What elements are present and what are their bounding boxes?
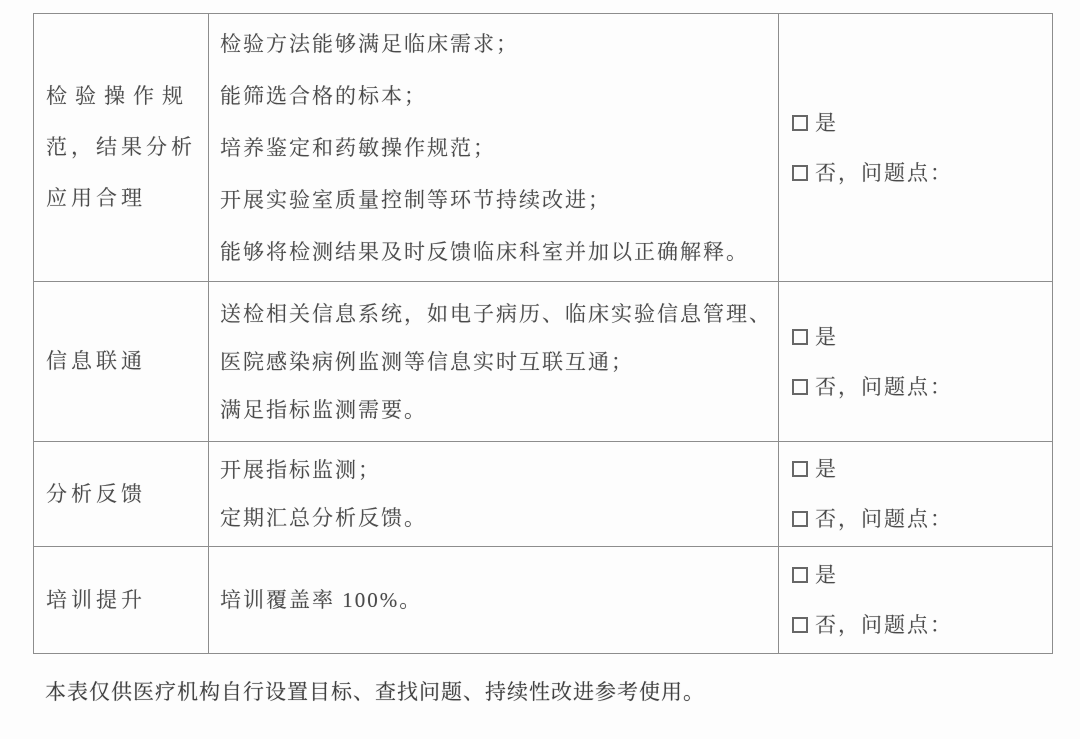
criteria-line: 满足指标监测需要。 xyxy=(220,386,770,434)
criteria-line: 检验方法能够满足临床需求； xyxy=(220,18,770,70)
criteria-cell: 开展指标监测； 定期汇总分析反馈。 xyxy=(209,442,779,547)
category-cell: 信息联通 xyxy=(34,282,209,442)
criteria-line: 送检相关信息系统，如电子病历、临床实验信息管理、 xyxy=(220,290,770,338)
category-line: 培训提升 xyxy=(46,575,202,626)
options-cell: 是 否，问题点： xyxy=(779,547,1053,654)
criteria-line: 开展指标监测； xyxy=(220,446,770,494)
category-line: 信息联通 xyxy=(46,336,202,387)
category-cell: 检验操作规 范，结果分析 应用合理 xyxy=(34,14,209,282)
category-line: 应用合理 xyxy=(46,173,202,224)
yes-checkbox[interactable] xyxy=(792,461,808,477)
yes-option-label: 是 xyxy=(815,111,838,135)
row-analysis-feedback: 分析反馈 开展指标监测； 定期汇总分析反馈。 是 否，问题点： xyxy=(34,442,1053,547)
no-checkbox[interactable] xyxy=(792,511,808,527)
category-line: 分析反馈 xyxy=(46,469,202,520)
no-option-label: 否，问题点： xyxy=(815,375,953,399)
criteria-cell: 检验方法能够满足临床需求； 能筛选合格的标本； 培养鉴定和药敏操作规范； 开展实… xyxy=(209,14,779,282)
yes-option-label: 是 xyxy=(815,457,838,481)
criteria-line: 培训覆盖率 100%。 xyxy=(220,576,770,624)
no-option-label: 否，问题点： xyxy=(815,507,953,531)
category-cell: 培训提升 xyxy=(34,547,209,654)
no-option: 否，问题点： xyxy=(792,494,1046,544)
no-option-label: 否，问题点： xyxy=(815,613,953,637)
criteria-line: 开展实验室质量控制等环节持续改进； xyxy=(220,174,770,226)
criteria-line: 能够将检测结果及时反馈临床科室并加以正确解释。 xyxy=(220,226,770,278)
no-checkbox[interactable] xyxy=(792,617,808,633)
criteria-cell: 送检相关信息系统，如电子病历、临床实验信息管理、 医院感染病例监测等信息实时互联… xyxy=(209,282,779,442)
category-line: 检验操作规 xyxy=(46,71,202,122)
row-information-connectivity: 信息联通 送检相关信息系统，如电子病历、临床实验信息管理、 医院感染病例监测等信… xyxy=(34,282,1053,442)
row-inspection-standards: 检验操作规 范，结果分析 应用合理 检验方法能够满足临床需求； 能筛选合格的标本… xyxy=(34,14,1053,282)
options-cell: 是 否，问题点： xyxy=(779,14,1053,282)
category-cell: 分析反馈 xyxy=(34,442,209,547)
footer-note: 本表仅供医疗机构自行设置目标、查找问题、持续性改进参考使用。 xyxy=(45,679,705,705)
criteria-cell: 培训覆盖率 100%。 xyxy=(209,547,779,654)
assessment-table: 检验操作规 范，结果分析 应用合理 检验方法能够满足临床需求； 能筛选合格的标本… xyxy=(33,13,1053,654)
yes-option: 是 xyxy=(792,98,1046,148)
options-cell: 是 否，问题点： xyxy=(779,282,1053,442)
yes-checkbox[interactable] xyxy=(792,567,808,583)
no-option: 否，问题点： xyxy=(792,148,1046,198)
yes-option-label: 是 xyxy=(815,563,838,587)
criteria-line: 能筛选合格的标本； xyxy=(220,70,770,122)
criteria-line: 定期汇总分析反馈。 xyxy=(220,494,770,542)
criteria-line: 医院感染病例监测等信息实时互联互通； xyxy=(220,338,770,386)
yes-checkbox[interactable] xyxy=(792,115,808,131)
scanned-form-page: 检验操作规 范，结果分析 应用合理 检验方法能够满足临床需求； 能筛选合格的标本… xyxy=(0,0,1080,739)
no-option-label: 否，问题点： xyxy=(815,161,953,185)
row-training-improvement: 培训提升 培训覆盖率 100%。 是 否，问题点： xyxy=(34,547,1053,654)
yes-checkbox[interactable] xyxy=(792,329,808,345)
yes-option: 是 xyxy=(792,312,1046,362)
criteria-line: 培养鉴定和药敏操作规范； xyxy=(220,122,770,174)
yes-option: 是 xyxy=(792,550,1046,600)
no-checkbox[interactable] xyxy=(792,165,808,181)
yes-option-label: 是 xyxy=(815,325,838,349)
no-option: 否，问题点： xyxy=(792,600,1046,650)
category-line: 范，结果分析 xyxy=(46,122,202,173)
options-cell: 是 否，问题点： xyxy=(779,442,1053,547)
no-option: 否，问题点： xyxy=(792,362,1046,412)
yes-option: 是 xyxy=(792,444,1046,494)
no-checkbox[interactable] xyxy=(792,379,808,395)
